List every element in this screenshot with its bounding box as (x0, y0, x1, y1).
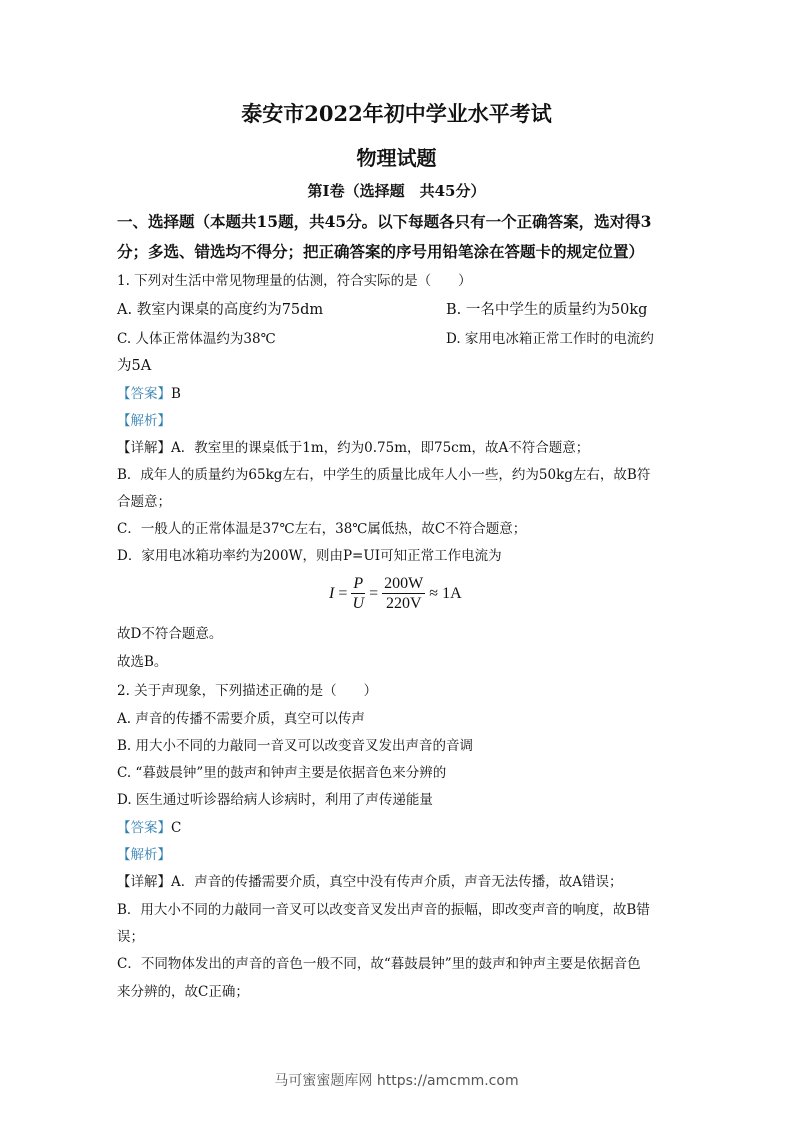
q2-option-b: B. 用大小不同的力敲同一音叉可以改变音叉发出声音的音调 (117, 737, 473, 755)
q2-detail-b2: 误； (117, 928, 144, 946)
volume-title: 第Ⅰ卷（选择题 共45分） (0, 180, 793, 201)
q2-option-d: D. 医生通过听诊器给病人诊病时，利用了声传递能量 (117, 791, 433, 809)
q1-detail-c: C．一般人的正常体温是37℃左右，38℃属低热，故C不符合题意； (117, 520, 526, 538)
subject-title: 物理试题 (0, 142, 793, 171)
q2-answer: 【答案】C (117, 819, 181, 837)
q1-detail-b1: B．成年人的质量约为65kg左右，中学生的质量比成年人小一些，约为50kg左右，… (117, 466, 650, 484)
q1-detail-d: D．家用电冰箱功率约为200W，则由P=UI可知正常工作电流为 (117, 547, 502, 565)
q1-option-a: A. 教室内课桌的高度约为75dm (117, 301, 323, 319)
q1-option-b: B. 一名中学生的质量约为50kg (446, 301, 647, 319)
q2-option-c: C. “暮鼓晨钟”里的鼓声和钟声主要是依据音色来分辨的 (117, 764, 446, 782)
section-instructions-line2: 分；多选、错选均不得分；把正确答案的序号用铅笔涂在答题卡的规定位置） (117, 243, 644, 261)
q1-stem: 1. 下列对生活中常见物理量的估测，符合实际的是（ ） (117, 272, 472, 290)
q2-detail-c1: C．不同物体发出的声音的音色一般不同，故“暮鼓晨钟”里的鼓声和钟声主要是依据音色 (117, 955, 641, 973)
q1-final: 故选B。 (117, 653, 167, 671)
exam-page: 泰安市2022年初中学业水平考试 物理试题 第Ⅰ卷（选择题 共45分） 一、选择… (0, 0, 793, 1122)
exam-title: 泰安市2022年初中学业水平考试 (0, 98, 793, 128)
current-formula: I = P U = 200W 220V ≈ 1A (329, 574, 462, 613)
detail-tag: 【详解】 (117, 440, 171, 456)
q1-detail-b2: 合题意； (117, 493, 171, 511)
fraction-p-over-u: P U (351, 574, 365, 613)
q1-option-c: C. 人体正常体温约为38℃ (117, 330, 276, 348)
q1-analysis-tag: 【解析】 (117, 412, 171, 430)
q2-detail-b1: B．用大小不同的力敲同一音叉可以改变音叉发出声音的振幅，即改变声音的响度，故B错 (117, 901, 650, 919)
answer-value: B (171, 386, 181, 402)
q1-option-d: D. 家用电冰箱正常工作时的电流约 (446, 330, 654, 348)
fraction-values: 200W 220V (382, 574, 425, 613)
q1-option-d-cont: 为5A (117, 357, 151, 375)
footer-watermark: 马可蜜蜜题库网 https://amcmm.com (0, 1070, 793, 1090)
q2-detail-c2: 来分辨的，故C正确； (117, 983, 249, 1001)
q1-detail-a: 【详解】A．教室里的课桌低于1m，约为0.75m，即75cm，故A不符合题意； (117, 439, 589, 457)
q2-option-a: A. 声音的传播不需要介质，真空可以传声 (117, 710, 365, 728)
q1-detail-d-conclusion: 故D不符合题意。 (117, 625, 222, 643)
answer-tag: 【答案】 (117, 820, 171, 836)
q2-stem: 2. 关于声现象，下列描述正确的是（ ） (117, 682, 377, 700)
q2-detail-a: 【详解】A．声音的传播需要介质，真空中没有传声介质，声音无法传播，故A错误； (117, 873, 623, 891)
q1-answer: 【答案】B (117, 385, 181, 403)
answer-value: C (171, 820, 181, 836)
section-instructions-line1: 一、选择题（本题共15题，共45分。以下每题各只有一个正确答案，选对得3 (117, 213, 651, 231)
answer-tag: 【答案】 (117, 386, 171, 402)
detail-tag: 【详解】 (117, 874, 171, 890)
q2-analysis-tag: 【解析】 (117, 846, 171, 864)
